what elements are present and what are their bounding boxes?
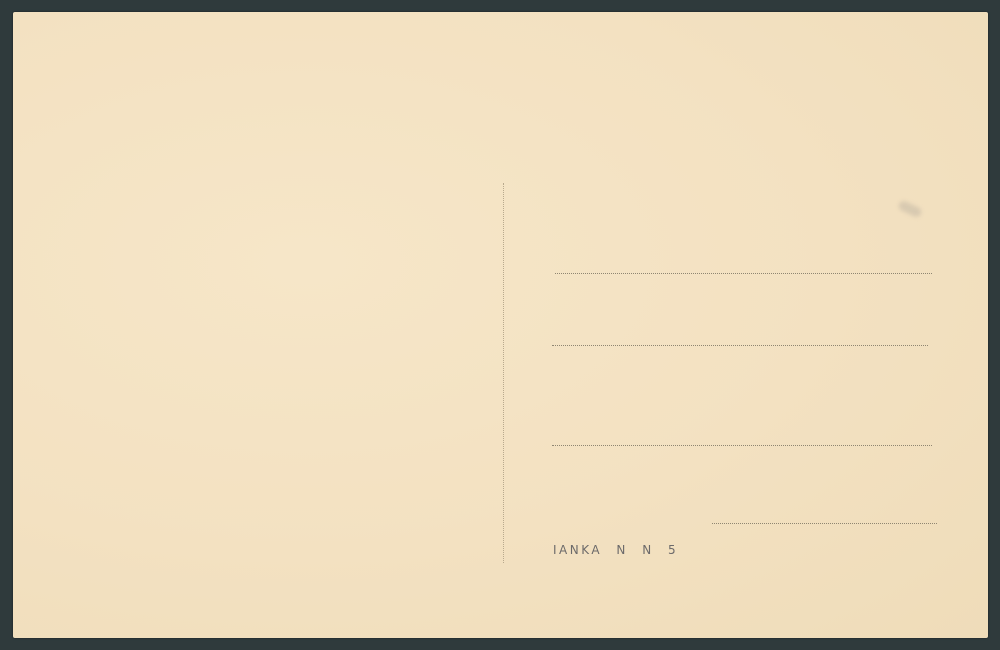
address-line-4	[712, 523, 937, 524]
address-line-3	[552, 445, 932, 446]
vertical-dotted-divider	[503, 183, 504, 563]
address-line-2	[552, 345, 928, 346]
postcard-back: IANKA N N 5	[13, 12, 988, 638]
address-line-1	[555, 273, 932, 274]
stain-mark	[897, 199, 923, 218]
publisher-imprint: IANKA N N 5	[553, 543, 678, 557]
